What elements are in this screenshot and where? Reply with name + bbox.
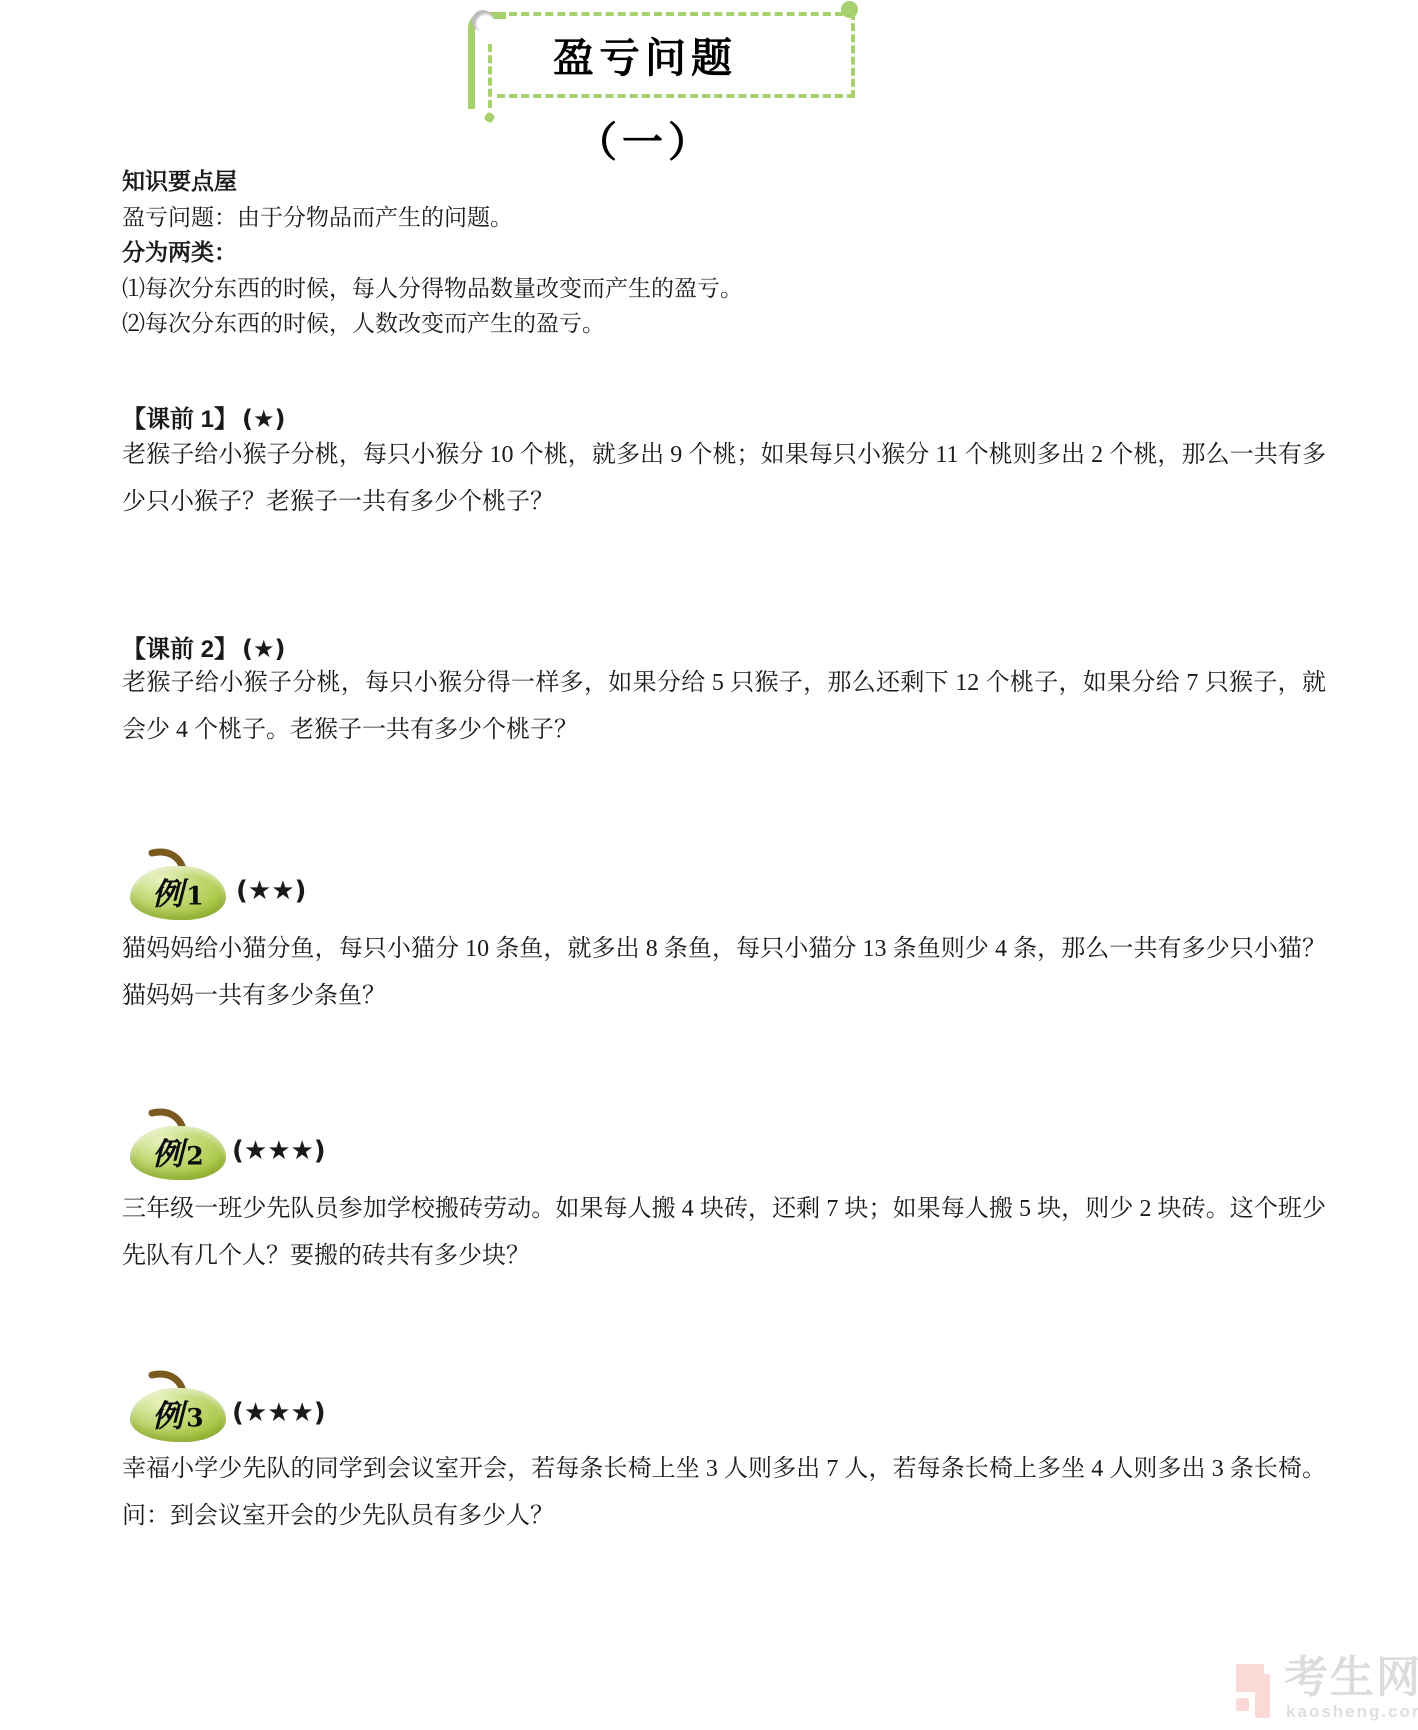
knowledge-type-1: ⑴每次分东西的时候，每人分得物品数量改变而产生的盈亏。 [122, 271, 1332, 307]
example-2-stars: (★★★) [232, 1136, 326, 1166]
title-frame-dot [483, 111, 496, 124]
example-1-text: 猫妈妈给小猫分鱼，每只小猫分 10 条鱼，就多出 8 条鱼，每只小猫分 13 条… [122, 926, 1326, 1020]
example-2-badge-label: 例2 [130, 1128, 226, 1173]
warmup-1-stars: (★) [242, 405, 285, 433]
example-2-text: 三年级一班少先队员参加学校搬砖劳动。如果每人搬 4 块砖，还剩 7 块；如果每人… [122, 1186, 1326, 1280]
example-3-badge: 例3 [130, 1388, 226, 1442]
warmup-2-stars: (★) [242, 635, 285, 663]
pin-icon [472, 10, 494, 32]
example-1-badge-label: 例1 [130, 868, 226, 913]
knowledge-section: 知识要点屋 盈亏问题：由于分物品而产生的问题。 分为两类： ⑴每次分东西的时候，… [122, 164, 1332, 342]
example-2-badge: 例2 [130, 1126, 226, 1180]
knowledge-type-2: ⑵每次分东西的时候，人数改变而产生的盈亏。 [122, 306, 1332, 342]
worksheet-page: 盈亏问题（一） 知识要点屋 盈亏问题：由于分物品而产生的问题。 分为两类： ⑴每… [0, 0, 1418, 1730]
example-badge-char: 例 [152, 1136, 183, 1172]
warmup-2-text: 老猴子给小猴子分桃，每只小猴分得一样多，如果分给 5 只猴子，那么还剩下 12 … [122, 660, 1326, 754]
example-3-text: 幸福小学少先队的同学到会议室开会，若每条长椅上坐 3 人则多出 7 人，若每条长… [122, 1446, 1326, 1540]
knowledge-subheading: 分为两类： [122, 235, 1332, 271]
watermark: 考生网 kaosheng.com [1232, 1658, 1418, 1730]
example-1-badge: 例1 [130, 866, 226, 920]
watermark-logo-icon [1236, 1698, 1249, 1711]
warmup-1-heading: 【课前 1】(★) [122, 399, 285, 434]
example-badge-char: 例 [152, 1398, 183, 1434]
example-3-stars: (★★★) [232, 1398, 326, 1428]
knowledge-definition: 盈亏问题：由于分物品而产生的问题。 [122, 200, 1332, 236]
watermark-brand: 考生网 [1284, 1656, 1418, 1700]
example-badge-number: 3 [186, 1403, 203, 1432]
example-badge-number: 2 [186, 1141, 203, 1170]
warmup-2-heading: 【课前 2】(★) [122, 629, 285, 664]
title-frame-inner-dash [488, 44, 492, 108]
watermark-logo-icon [1255, 1674, 1270, 1718]
warmup-2-label: 【课前 2】 [122, 636, 238, 663]
title-box: 盈亏问题（一） [497, 12, 855, 98]
knowledge-heading: 知识要点屋 [122, 164, 1332, 200]
page-title: 盈亏问题（一） [497, 16, 851, 102]
example-3-badge-label: 例3 [130, 1390, 226, 1435]
example-badge-char: 例 [152, 876, 183, 912]
warmup-1-label: 【课前 1】 [122, 406, 238, 433]
warmup-1-text: 老猴子给小猴子分桃，每只小猴分 10 个桃，就多出 9 个桃；如果每只小猴分 1… [122, 432, 1326, 526]
watermark-domain: kaosheng.com [1286, 1702, 1418, 1722]
example-badge-number: 1 [186, 881, 203, 910]
example-1-stars: (★★) [236, 876, 306, 906]
